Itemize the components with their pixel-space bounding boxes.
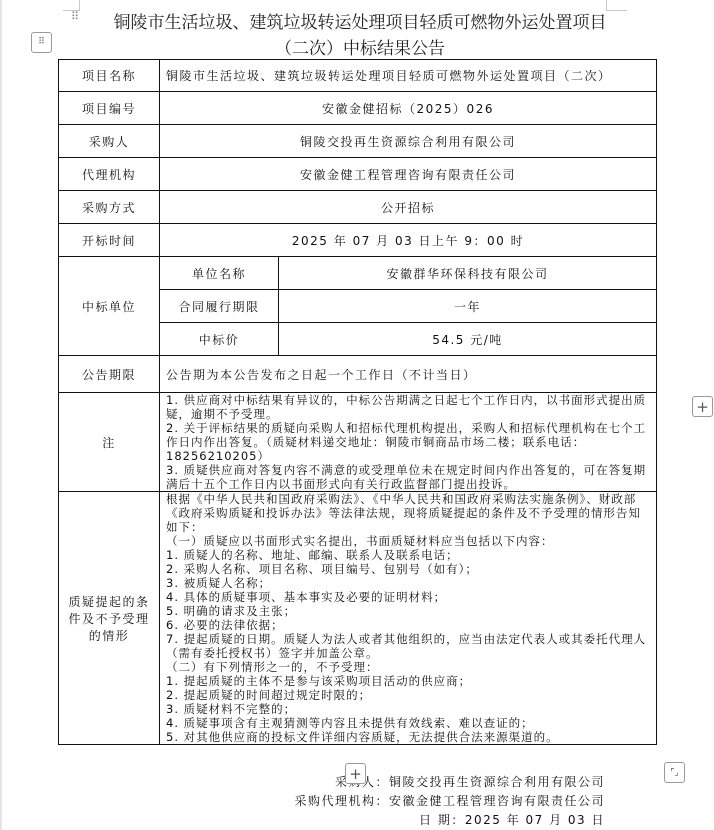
condition-paragraph: 1. 质疑人的名称、地址、邮编、联系人及联系电话；: [166, 548, 650, 562]
condition-paragraph: 6. 必要的法律依据；: [166, 618, 650, 632]
block-menu-button[interactable]: ⠿: [31, 32, 52, 53]
title-line-1: 铜陵市生活垃圾、建筑垃圾转运处理项目轻质可燃物外运处置项目: [80, 10, 640, 36]
label-winner: 中标单位: [59, 257, 160, 356]
condition-paragraph: 5. 明确的请求及主张；: [166, 604, 650, 618]
condition-paragraph: 4. 质疑事项含有主观猜测等内容且未提供有效线索、难以查证的；: [166, 716, 650, 730]
row-purchaser: 采购人 铜陵交投再生资源综合利用有限公司: [59, 125, 657, 158]
signature-agency-value: 安徽金健工程管理咨询有限责任公司: [389, 794, 605, 808]
row-announcement-period: 公告期限 公告期为本公告发布之日起一个工作日（不计当日）: [59, 356, 657, 393]
label-bid-opening-time: 开标时间: [59, 224, 160, 257]
label-project-number: 项目编号: [59, 92, 160, 125]
page-edge: [0, 0, 2, 830]
signature-agency-label: 采购代理机构：: [294, 794, 389, 808]
label-winner-company: 单位名称: [160, 257, 279, 290]
signature-date: 日 期：2025 年 07 月 03 日: [260, 811, 605, 830]
condition-paragraph: （一）质疑应以书面形式实名提出，书面质疑材料应当包括以下内容：: [166, 534, 650, 548]
row-procurement-method: 采购方式 公开招标: [59, 191, 657, 224]
signature-purchaser: 采购人：铜陵交投再生资源综合利用有限公司: [260, 773, 605, 792]
value-bid-opening-time: 2025 年 07 月 03 日上午 9：00 时: [160, 224, 657, 257]
row-project-number: 项目编号 安徽金健招标（2025）026: [59, 92, 657, 125]
label-project-name: 项目名称: [59, 60, 160, 92]
resize-corner-icon: ⌜⌟: [670, 768, 678, 778]
signature-block: 采购人：铜陵交投再生资源综合利用有限公司 采购代理机构：安徽金健工程管理咨询有限…: [260, 773, 605, 830]
value-winner-company: 安徽群华环保科技有限公司: [279, 257, 657, 290]
value-conditions: 根据《中华人民共和国政府采购法》、《中华人民共和国政府采购法实施条例》、财政部《…: [160, 492, 657, 745]
label-agency: 代理机构: [59, 158, 160, 191]
signature-agency: 采购代理机构：安徽金健工程管理咨询有限责任公司: [260, 792, 605, 811]
row-winner-name: 中标单位 单位名称 安徽群华环保科技有限公司: [59, 257, 657, 290]
label-announcement-period: 公告期限: [59, 356, 160, 393]
condition-paragraph: 1. 提起质疑的主体不是参与该采购项目活动的供应商；: [166, 674, 650, 688]
condition-paragraph: 2. 提起质疑的时间超过规定时限的；: [166, 688, 650, 702]
label-procurement-method: 采购方式: [59, 191, 160, 224]
note-paragraph: 2. 关于评标结果的质疑向采购人和招标代理机构提出，采购人和招标代理机构在七个工…: [166, 421, 650, 463]
plus-icon: +: [349, 765, 362, 783]
plus-icon: +: [696, 398, 709, 416]
condition-paragraph: 7. 提起质疑的日期。质疑人为法人或者其他组织的，应当由法定代表人或其委托代理人…: [166, 632, 650, 660]
signature-date-value: 2025 年 07 月 03 日: [465, 813, 605, 827]
add-row-button[interactable]: +: [345, 763, 366, 784]
condition-paragraph: 3. 质疑材料不完整的；: [166, 702, 650, 716]
value-winning-price: 54.5 元/吨: [279, 323, 657, 356]
value-notes: 1. 供应商对中标结果有异议的，中标公告期满之日起七个工作日内，以书面形式提出质…: [160, 393, 657, 492]
add-column-button[interactable]: +: [692, 396, 713, 417]
value-purchaser: 铜陵交投再生资源综合利用有限公司: [160, 125, 657, 158]
drag-handle-icon[interactable]: ⠿: [71, 14, 80, 19]
note-paragraph: 1. 供应商对中标结果有异议的，中标公告期满之日起七个工作日内，以书面形式提出质…: [166, 393, 650, 421]
row-agency: 代理机构 安徽金健工程管理咨询有限责任公司: [59, 158, 657, 191]
label-purchaser: 采购人: [59, 125, 160, 158]
note-paragraph: 3. 质疑供应商对答复内容不满意的或受理单位未在规定时间内作出答复的，可在答复期…: [166, 463, 650, 491]
value-project-name: 铜陵市生活垃圾、建筑垃圾转运处理项目轻质可燃物外运处置项目（二次）: [160, 60, 657, 92]
value-procurement-method: 公开招标: [160, 191, 657, 224]
signature-date-label: 日 期：: [419, 813, 465, 827]
label-notes: 注: [59, 393, 160, 492]
value-project-number: 安徽金健招标（2025）026: [160, 92, 657, 125]
award-notice-table: 项目名称 铜陵市生活垃圾、建筑垃圾转运处理项目轻质可燃物外运处置项目（二次） 项…: [58, 59, 657, 745]
condition-paragraph: 3. 被质疑人名称；: [166, 576, 650, 590]
value-announcement-period: 公告期为本公告发布之日起一个工作日（不计当日）: [160, 356, 657, 393]
row-conditions: 质疑提起的条件及不予受理的情形 根据《中华人民共和国政府采购法》、《中华人民共和…: [59, 492, 657, 745]
signature-purchaser-value: 铜陵交投再生资源综合利用有限公司: [389, 775, 605, 789]
row-bid-opening-time: 开标时间 2025 年 07 月 03 日上午 9：00 时: [59, 224, 657, 257]
label-contract-period: 合同履行期限: [160, 290, 279, 323]
condition-paragraph: 根据《中华人民共和国政府采购法》、《中华人民共和国政府采购法实施条例》、财政部《…: [166, 492, 650, 534]
fit-table-button[interactable]: ⌜⌟: [664, 762, 685, 783]
page-title: 铜陵市生活垃圾、建筑垃圾转运处理项目轻质可燃物外运处置项目 （二次）中标结果公告: [80, 10, 640, 62]
condition-paragraph: 2. 采购人名称、项目名称、项目编号、包别号（如有）；: [166, 562, 650, 576]
label-conditions: 质疑提起的条件及不予受理的情形: [59, 492, 160, 745]
row-project-name: 项目名称 铜陵市生活垃圾、建筑垃圾转运处理项目轻质可燃物外运处置项目（二次）: [59, 60, 657, 92]
condition-paragraph: 5. 对其他供应商的投标文件详细内容质疑，无法提供合法来源渠道的。: [166, 730, 650, 744]
value-agency: 安徽金健工程管理咨询有限责任公司: [160, 158, 657, 191]
label-winning-price: 中标价: [160, 323, 279, 356]
value-contract-period: 一年: [279, 290, 657, 323]
condition-paragraph: 4. 具体的质疑事项、基本事实及必要的证明材料；: [166, 590, 650, 604]
condition-paragraph: （二）有下列情形之一的，不予受理：: [166, 660, 650, 674]
grip-icon: ⠿: [38, 40, 45, 45]
row-notes: 注 1. 供应商对中标结果有异议的，中标公告期满之日起七个工作日内，以书面形式提…: [59, 393, 657, 492]
